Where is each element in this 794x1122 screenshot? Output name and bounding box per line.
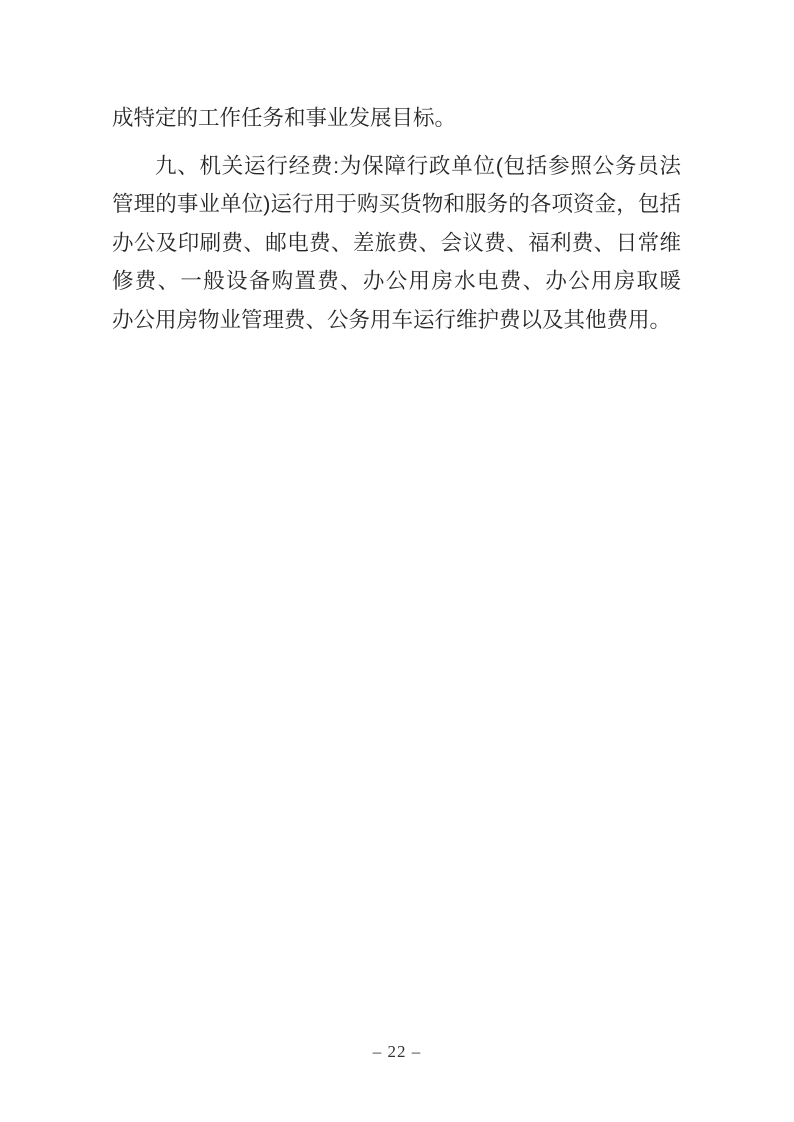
section-paragraph: 九、机关运行经费:为保障行政单位(包括参照公务员法 管理的事业单位)运行用于购买… xyxy=(112,147,681,340)
section-paragraph-line: 办公用房物业管理费、公务用车运行维护费以及其他费用。 xyxy=(112,301,681,340)
document-body: 成特定的工作任务和事业发展目标。 九、机关运行经费:为保障行政单位(包括参照公务… xyxy=(112,99,681,340)
paragraph-end-line: 成特定的工作任务和事业发展目标。 xyxy=(112,99,681,138)
section-paragraph-line: 九、机关运行经费:为保障行政单位(包括参照公务员法 xyxy=(112,147,681,186)
page-number: – 22 – xyxy=(0,1042,794,1062)
section-paragraph-line: 修费、一般设备购置费、办公用房水电费、办公用房取暖费、 xyxy=(112,262,681,301)
section-paragraph-line: 办公及印刷费、邮电费、差旅费、会议费、福利费、日常维 xyxy=(112,224,681,263)
section-paragraph-line: 管理的事业单位)运行用于购买货物和服务的各项资金，包括 xyxy=(112,185,681,224)
document-page: 成特定的工作任务和事业发展目标。 九、机关运行经费:为保障行政单位(包括参照公务… xyxy=(0,0,794,1122)
